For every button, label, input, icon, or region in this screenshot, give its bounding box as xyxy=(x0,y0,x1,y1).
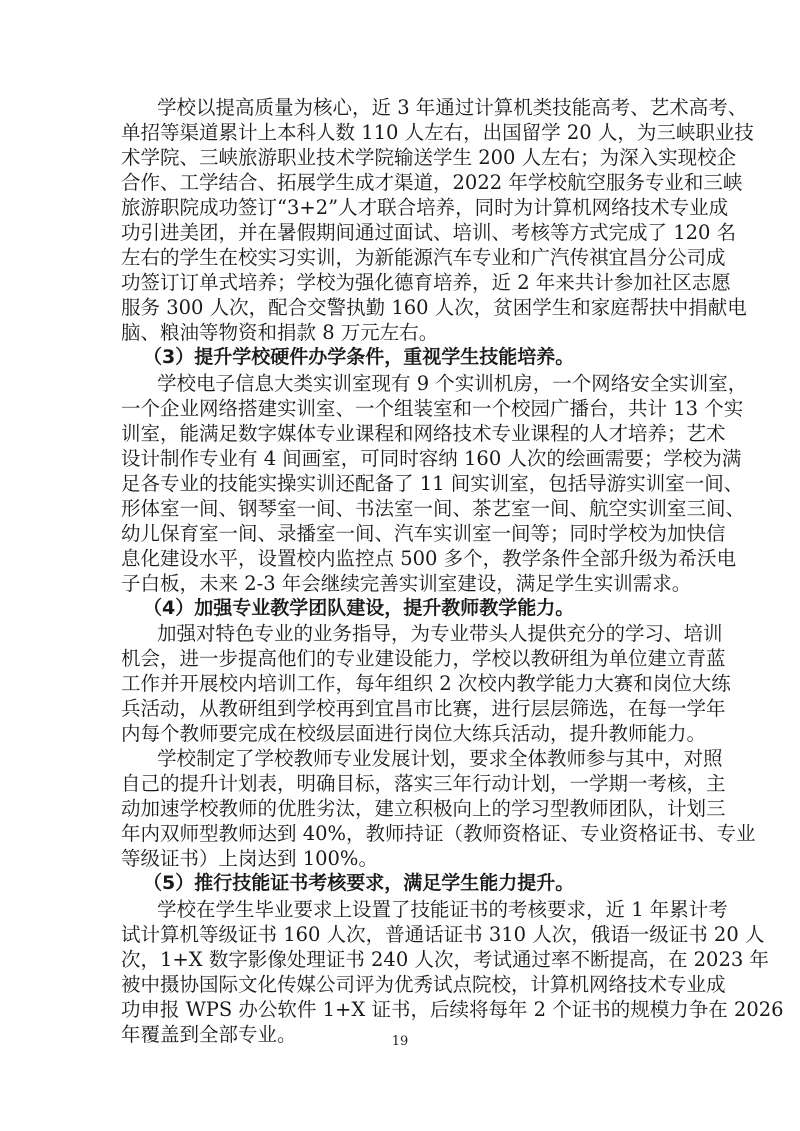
page-number: 19 xyxy=(0,1034,800,1049)
text-line: 术学院、三峡旅游职业技术学院输送学生 200 人左右；为深入实现校企 xyxy=(121,145,679,170)
text-line: 功引进美团，并在暑假期间通过面试、培训、考核等方式完成了 120 名 xyxy=(121,220,679,245)
text-line: 加强对特色专业的业务指导，为专业带头人提供充分的学习、培训 xyxy=(121,621,679,646)
paragraph-teacher-training: 加强对特色专业的业务指导，为专业带头人提供充分的学习、培训 机会，进一步提高他们… xyxy=(121,621,679,746)
text-line: 试计算机等级证书 160 人次，普通话证书 310 人次，俄语一级证书 20 人 xyxy=(121,922,679,947)
text-line: 一个企业网络搭建实训室、一个组装室和一个校园广播台，共计 13 个实 xyxy=(121,396,679,421)
section-heading-4: （4）加强专业教学团队建设，提升教师教学能力。 xyxy=(121,596,679,621)
text-line: 设计制作专业有 4 间画室，可同时容纳 160 人次的绘画需要；学校为满 xyxy=(121,446,679,471)
paragraph-teacher-development: 学校制定了学校教师专业发展计划，要求全体教师参与其中，对照 自己的提升计划表，明… xyxy=(121,746,679,871)
document-page: 学校以提高质量为核心，近 3 年通过计算机类技能高考、艺术高考、 单招等渠道累计… xyxy=(121,95,679,1047)
text-line: 内每个教师要完成在校级层面进行岗位大练兵活动，提升教师能力。 xyxy=(121,721,679,746)
text-line: 学校电子信息大类实训室现有 9 个实训机房，一个网络安全实训室， xyxy=(121,371,679,396)
text-line: 动加速学校教师的优胜劣汰，建立积极向上的学习型教师团队，计划三 xyxy=(121,796,679,821)
paragraph-facilities: 学校电子信息大类实训室现有 9 个实训机房，一个网络安全实训室， 一个企业网络搭… xyxy=(121,371,679,596)
text-line: 幼儿保育室一间、录播室一间、汽车实训室一间等；同时学校为加快信 xyxy=(121,521,679,546)
text-line: 学校在学生毕业要求上设置了技能证书的考核要求，近 1 年累计考 xyxy=(121,897,679,922)
text-line: 左右的学生在校实习实训，为新能源汽车专业和广汽传祺宜昌分公司成 xyxy=(121,245,679,270)
text-line: 功申报 WPS 办公软件 1+X 证书，后续将每年 2 个证书的规模力争在 20… xyxy=(121,997,679,1022)
text-line: 训室，能满足数字媒体专业课程和网络技术专业课程的人才培养；艺术 xyxy=(121,421,679,446)
text-line: 学校以提高质量为核心，近 3 年通过计算机类技能高考、艺术高考、 xyxy=(121,95,679,120)
text-line: 形体室一间、钢琴室一间、书法室一间、茶艺室一间、航空实训室三间、 xyxy=(121,496,679,521)
text-line: 合作、工学结合、拓展学生成才渠道，2022 年学校航空服务专业和三峡 xyxy=(121,170,679,195)
text-line: 息化建设水平，设置校内监控点 500 多个，教学条件全部升级为希沃电 xyxy=(121,546,679,571)
text-line: 旅游职院成功签订“3+2”人才联合培养，同时为计算机网络技术专业成 xyxy=(121,195,679,220)
text-line: 等级证书）上岗达到 100%。 xyxy=(121,846,679,871)
section-heading-5: （5）推行技能证书考核要求，满足学生能力提升。 xyxy=(121,871,679,896)
text-line: 功签订订单式培养；学校为强化德育培养，近 2 年来共计参加社区志愿 xyxy=(121,270,679,295)
text-line: 兵活动，从教研组到学校再到宜昌市比赛，进行层层筛选，在每一学年 xyxy=(121,696,679,721)
text-line: 脑、粮油等物资和捐款 8 万元左右。 xyxy=(121,320,679,345)
text-line: 机会，进一步提高他们的专业建设能力，学校以教研组为单位建立青蓝 xyxy=(121,646,679,671)
text-line: 学校制定了学校教师专业发展计划，要求全体教师参与其中，对照 xyxy=(121,746,679,771)
section-heading-3: （3）提升学校硬件办学条件，重视学生技能培养。 xyxy=(121,345,679,370)
text-line: 子白板，未来 2-3 年会继续完善实训室建设，满足学生实训需求。 xyxy=(121,571,679,596)
text-line: 工作并开展校内培训工作，每年组织 2 次校内教学能力大赛和岗位大练 xyxy=(121,671,679,696)
text-line: 单招等渠道累计上本科人数 110 人左右，出国留学 20 人，为三峡职业技 xyxy=(121,120,679,145)
paragraph-achievements: 学校以提高质量为核心，近 3 年通过计算机类技能高考、艺术高考、 单招等渠道累计… xyxy=(121,95,679,345)
paragraph-certificates: 学校在学生毕业要求上设置了技能证书的考核要求，近 1 年累计考 试计算机等级证书… xyxy=(121,897,679,1047)
text-line: 服务 300 人次，配合交警执勤 160 人次，贫困学生和家庭帮扶中捐献电 xyxy=(121,295,679,320)
text-line: 自己的提升计划表，明确目标，落实三年行动计划，一学期一考核，主 xyxy=(121,771,679,796)
text-line: 次，1+X 数字影像处理证书 240 人次，考试通过率不断提高，在 2023 年 xyxy=(121,947,679,972)
text-line: 被中摄协国际文化传媒公司评为优秀试点院校，计算机网络技术专业成 xyxy=(121,972,679,997)
text-line: 足各专业的技能实操实训还配备了 11 间实训室，包括导游实训室一间、 xyxy=(121,471,679,496)
text-line: 年内双师型教师达到 40%，教师持证（教师资格证、专业资格证书、专业 xyxy=(121,821,679,846)
